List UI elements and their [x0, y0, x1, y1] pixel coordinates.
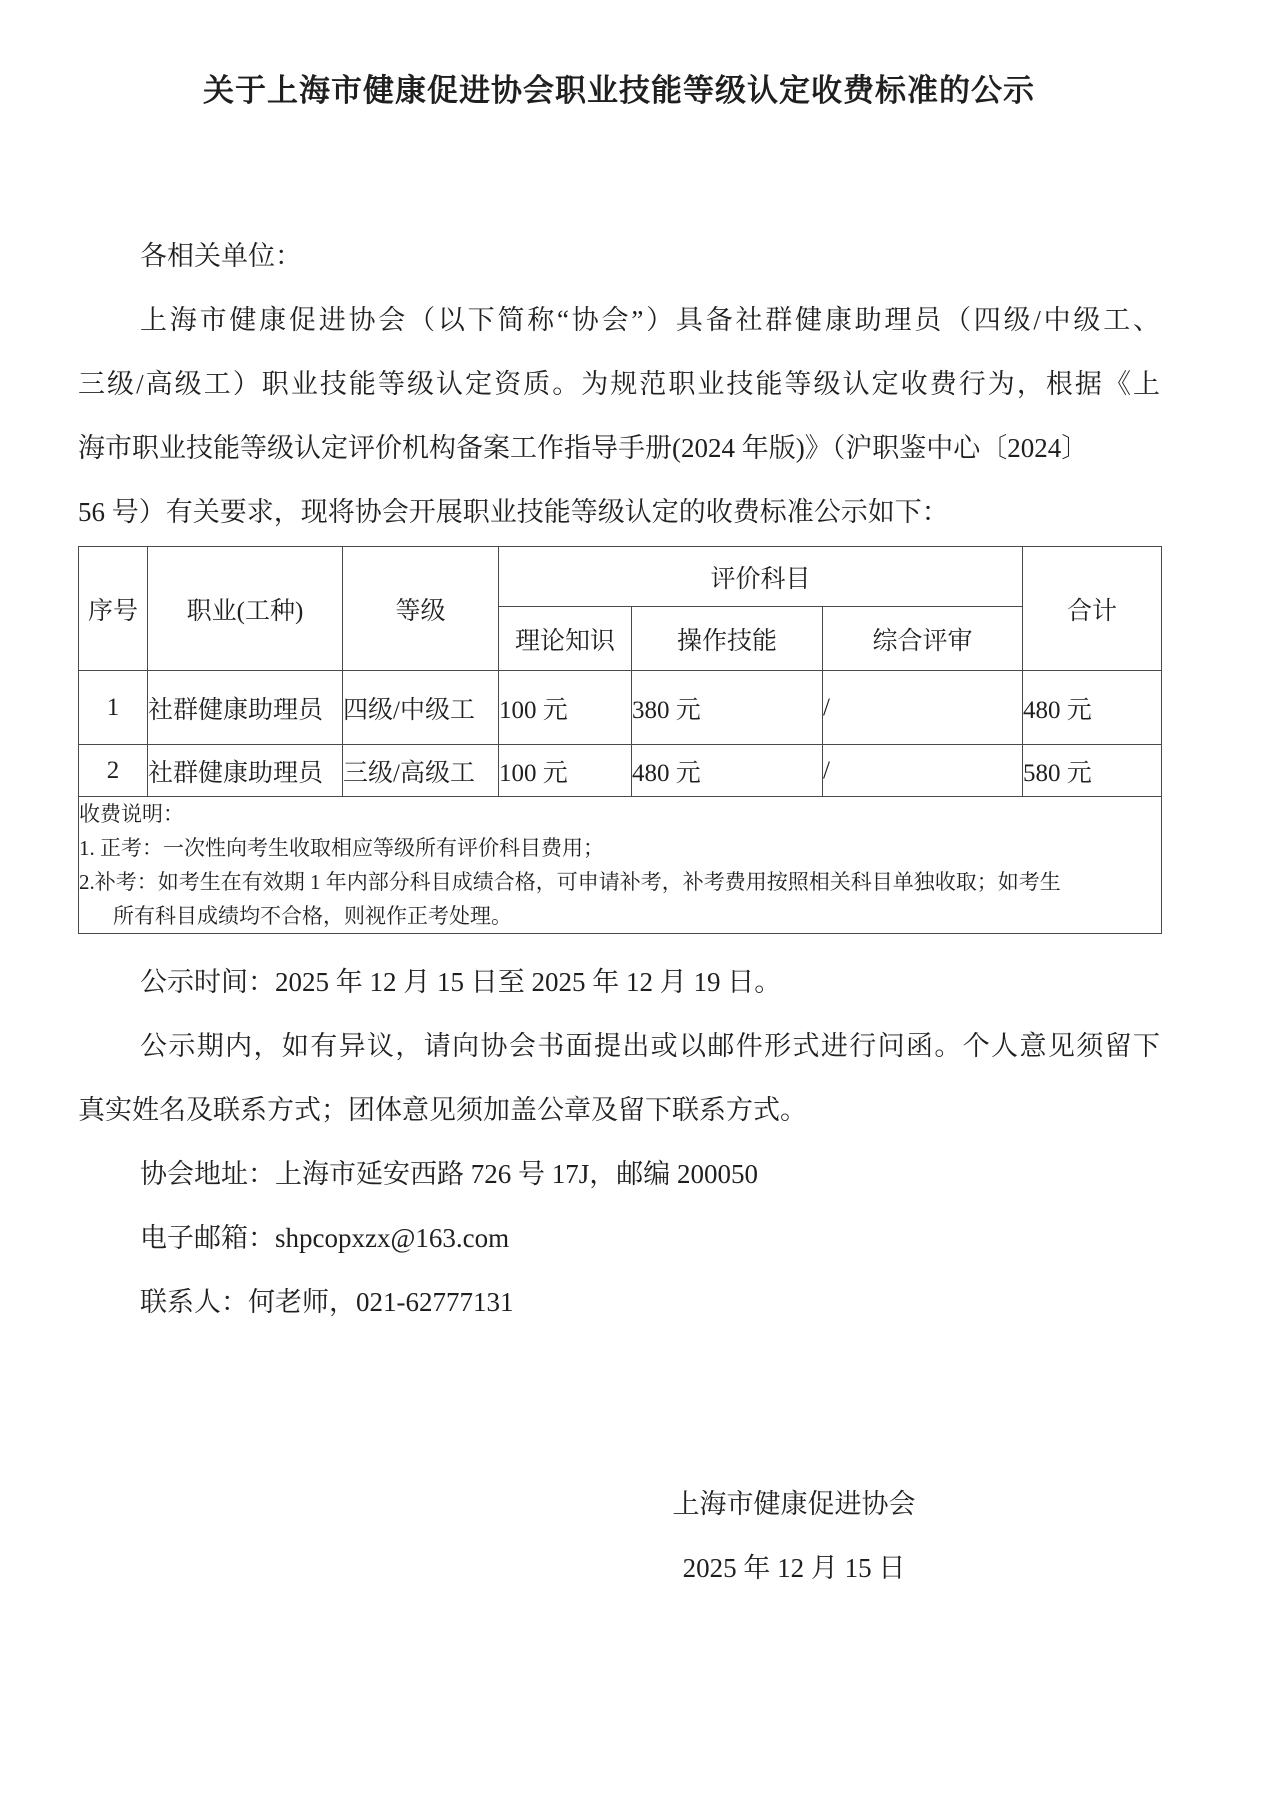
header-practice: 操作技能: [632, 607, 823, 671]
cell-occupation: 社群健康助理员: [148, 671, 343, 745]
cell-level: 三级/高级工: [343, 745, 499, 797]
publicity-period: 公示时间：2025 年 12 月 15 日至 2025 年 12 月 19 日。: [78, 950, 1160, 1014]
header-occupation: 职业(工种): [148, 547, 343, 671]
intro-line-4: 56 号）有关要求，现将协会开展职业技能等级认定的收费标准公示如下：: [78, 480, 1160, 544]
fee-notes-title: 收费说明：: [79, 797, 1161, 831]
fee-notes-line-3: 所有科目成绩均不合格，则视作正考处理。: [79, 899, 1161, 933]
notice-document: 关于上海市健康促进协会职业技能等级认定收费标准的公示 各相关单位： 上海市健康促…: [0, 0, 1280, 1810]
table-header-row-1: 序号 职业(工种) 等级 评价科目 合计: [79, 547, 1162, 607]
cell-review-fee: /: [823, 745, 1023, 797]
cell-seq: 2: [79, 745, 148, 797]
cell-theory-fee: 100 元: [499, 671, 632, 745]
cell-total-fee: 580 元: [1023, 745, 1162, 797]
fee-notes-line-1: 1. 正考：一次性向考生收取相应等级所有评价科目费用；: [79, 831, 1161, 865]
cell-theory-fee: 100 元: [499, 745, 632, 797]
cell-total-fee: 480 元: [1023, 671, 1162, 745]
intro-line-2: 三级/高级工）职业技能等级认定资质。为规范职业技能等级认定收费行为，根据《上: [78, 352, 1160, 416]
table-row: 1 社群健康助理员 四级/中级工 100 元 380 元 / 480 元: [79, 671, 1162, 745]
cell-review-fee: /: [823, 671, 1023, 745]
header-seq: 序号: [79, 547, 148, 671]
cell-practice-fee: 380 元: [632, 671, 823, 745]
contact-person: 联系人：何老师，021-62777131: [78, 1270, 1160, 1334]
objection-line-1: 公示期内，如有异议，请向协会书面提出或以邮件形式进行问函。个人意见须留下: [78, 1014, 1160, 1078]
header-theory: 理论知识: [499, 607, 632, 671]
fee-notes-line-2: 2.补考：如考生在有效期 1 年内部分科目成绩合格，可申请补考，补考费用按照相关…: [79, 865, 1161, 899]
header-total: 合计: [1023, 547, 1162, 671]
cell-occupation: 社群健康助理员: [148, 745, 343, 797]
salutation: 各相关单位：: [78, 224, 1160, 288]
intro-line-1: 上海市健康促进协会（以下简称“协会”）具备社群健康助理员（四级/中级工、: [78, 288, 1160, 352]
signature-org: 上海市健康促进协会: [418, 1472, 1170, 1536]
signature-date: 2025 年 12 月 15 日: [418, 1536, 1170, 1600]
cell-practice-fee: 480 元: [632, 745, 823, 797]
cell-level: 四级/中级工: [343, 671, 499, 745]
intro-paragraph: 上海市健康促进协会（以下简称“协会”）具备社群健康助理员（四级/中级工、 三级/…: [78, 288, 1160, 544]
fee-standard-table: 序号 职业(工种) 等级 评价科目 合计 理论知识 操作技能 综合评审 1 社群…: [78, 546, 1162, 934]
intro-line-3: 海市职业技能等级认定评价机构备案工作指导手册(2024 年版)》（沪职鉴中心〔2…: [78, 416, 1160, 480]
document-title: 关于上海市健康促进协会职业技能等级认定收费标准的公示: [78, 70, 1160, 112]
fee-notes: 收费说明： 1. 正考：一次性向考生收取相应等级所有评价科目费用； 2.补考：如…: [79, 797, 1162, 934]
association-address: 协会地址：上海市延安西路 726 号 17J，邮编 200050: [78, 1142, 1160, 1206]
closing-section: 公示时间：2025 年 12 月 15 日至 2025 年 12 月 19 日。…: [78, 950, 1160, 1334]
cell-seq: 1: [79, 671, 148, 745]
objection-line-2: 真实姓名及联系方式；团体意见须加盖公章及留下联系方式。: [78, 1078, 1160, 1142]
header-review: 综合评审: [823, 607, 1023, 671]
association-email: 电子邮箱：shpcopxzx@163.com: [78, 1206, 1160, 1270]
header-subjects: 评价科目: [499, 547, 1023, 607]
table-notes-row: 收费说明： 1. 正考：一次性向考生收取相应等级所有评价科目费用； 2.补考：如…: [79, 797, 1162, 934]
signature-block: 上海市健康促进协会 2025 年 12 月 15 日: [418, 1472, 1170, 1600]
header-level: 等级: [343, 547, 499, 671]
table-row: 2 社群健康助理员 三级/高级工 100 元 480 元 / 580 元: [79, 745, 1162, 797]
